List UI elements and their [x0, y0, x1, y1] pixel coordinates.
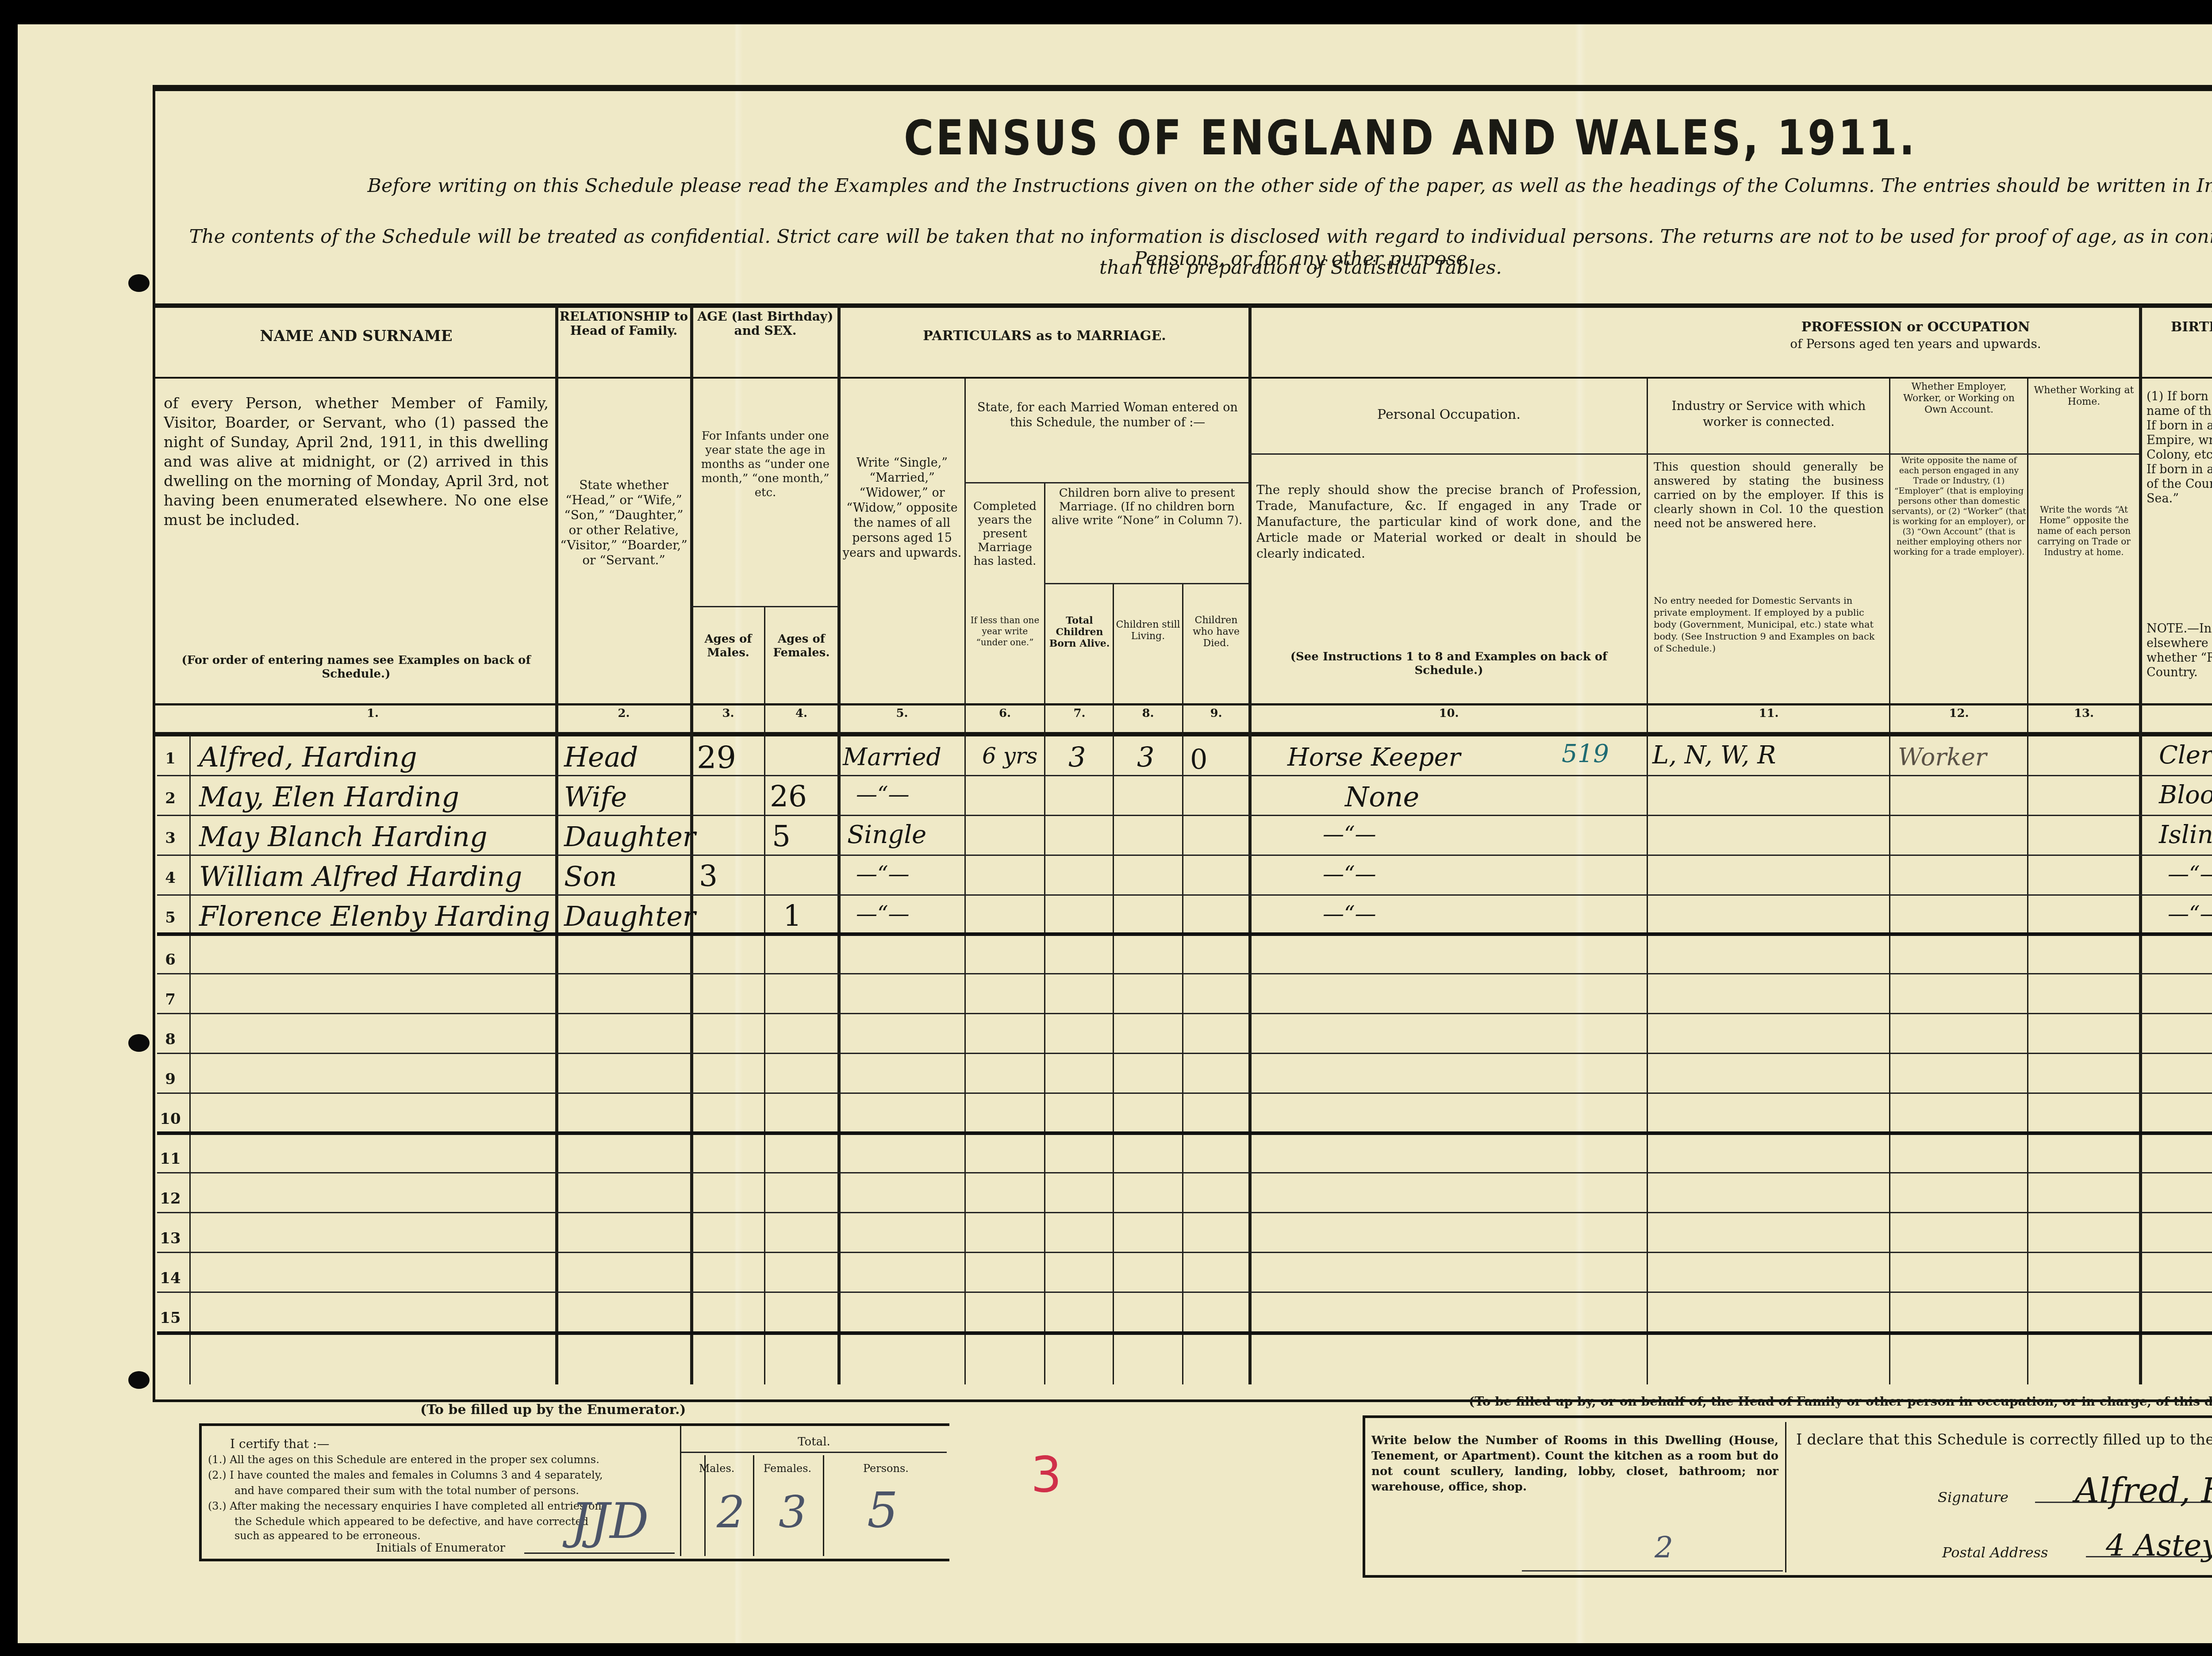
- col7-instructions: Total Children Born Alive.: [1046, 615, 1113, 649]
- entry-marital[interactable]: Single: [847, 820, 926, 849]
- row-rule: [157, 815, 2212, 816]
- colnum: 10.: [1252, 707, 1646, 720]
- males-total[interactable]: 2: [717, 1486, 745, 1538]
- colnum: 3.: [693, 707, 763, 720]
- header-mid-rule: [153, 377, 2212, 379]
- header-top-rule: [153, 303, 2212, 308]
- declaration: I declare that this Schedule is correctl…: [1796, 1431, 2212, 1449]
- col11-note: No entry needed for Domestic Servants in…: [1654, 595, 1884, 655]
- col9-instructions: Children who have Died.: [1184, 615, 1248, 649]
- entry-age-male[interactable]: 29: [697, 740, 736, 776]
- children-sub-rule: [1044, 583, 1248, 584]
- red-annotation: 3: [1031, 1446, 1062, 1503]
- entry-occupation[interactable]: —“—: [1323, 901, 1376, 926]
- females-label: Females.: [754, 1460, 821, 1477]
- col3-sub: Ages of Males.: [693, 632, 763, 660]
- entry-name[interactable]: May, Elen Harding: [199, 781, 459, 813]
- row-number: 14: [153, 1269, 188, 1287]
- colnum: 14.: [2142, 707, 2212, 720]
- enumerator-heading: (To be filled up by the Enumerator.): [420, 1402, 686, 1418]
- row-number: 10: [153, 1110, 188, 1128]
- rooms-line: [1522, 1570, 1783, 1572]
- row-rule: [157, 1212, 2212, 1213]
- row-number: 7: [153, 991, 188, 1008]
- entry-marital[interactable]: —“—: [856, 782, 910, 807]
- signature-value[interactable]: Alfred, Harding: [2075, 1471, 2212, 1510]
- col12-heading: Whether Employer, Worker, or Working on …: [1892, 381, 2026, 416]
- entry-children-born[interactable]: 3: [1068, 741, 1086, 773]
- rownum-divider: [189, 734, 191, 1384]
- entry-birthplace[interactable]: —“—: [2168, 862, 2212, 886]
- row-number: 2: [153, 790, 188, 807]
- col3-heading: AGE (last Birthday) and SEX.: [693, 310, 837, 338]
- col-divider: [1182, 584, 1183, 1384]
- entry-industry[interactable]: L, N, W, R: [1652, 741, 1776, 770]
- col10-heading: Personal Occupation.: [1252, 407, 1646, 423]
- entry-relationship[interactable]: Daughter: [564, 820, 695, 853]
- entry-marital[interactable]: —“—: [856, 862, 910, 886]
- row-rule: [157, 1252, 2212, 1253]
- row-rule-heavy: [157, 932, 2212, 936]
- col12-instructions: Write opposite the name of each person e…: [1892, 456, 2026, 557]
- punch-hole: [128, 1034, 150, 1052]
- row-number: 6: [153, 951, 188, 969]
- col14-note: NOTE.—In the case of persons born elsewh…: [2147, 621, 2212, 680]
- row-rule: [157, 894, 2212, 896]
- age-sub-rule: [690, 606, 837, 607]
- col-divider: [964, 379, 966, 1384]
- col6-instructions: Completed years the present Marriage has…: [967, 500, 1043, 568]
- col-divider: [1889, 379, 1890, 1384]
- row-rule: [157, 1172, 2212, 1173]
- entry-birthplace[interactable]: —“—: [2168, 901, 2212, 926]
- entry-children-living[interactable]: 3: [1137, 741, 1154, 773]
- col4-sub: Ages of Females.: [765, 632, 837, 660]
- colnum: 2.: [558, 707, 689, 720]
- entry-age-male[interactable]: 3: [699, 859, 718, 893]
- persons-label: Persons.: [825, 1460, 947, 1477]
- colnum: 9.: [1184, 707, 1248, 720]
- col-divider: [2139, 305, 2142, 1384]
- row-number: 13: [153, 1230, 188, 1247]
- punch-hole: [128, 1371, 150, 1389]
- col8-instructions: Children still Living.: [1115, 619, 1181, 642]
- col-divider: [1647, 379, 1648, 1384]
- children-subgroup: Children born alive to present Marriage.…: [1046, 487, 1248, 528]
- totals-rule: [681, 1452, 947, 1453]
- col2-instructions: State whether “Head,” or “Wife,” “Son,” …: [558, 478, 689, 568]
- occupation-sub-rule: [1248, 453, 2139, 455]
- entry-name[interactable]: Alfred, Harding: [199, 741, 417, 773]
- row-rule-heavy: [157, 1131, 2212, 1135]
- confidential-line-2: than the preparation of Statistical Tabl…: [153, 257, 2212, 279]
- colnum: 5.: [841, 707, 964, 720]
- females-total[interactable]: 3: [779, 1486, 807, 1538]
- col-divider: [764, 606, 765, 1384]
- initials-value[interactable]: JJD: [571, 1493, 649, 1549]
- certify-2b: and have compared their sum with the tot…: [234, 1482, 579, 1499]
- colnum: 13.: [2030, 707, 2138, 720]
- colnum: 7.: [1046, 707, 1113, 720]
- initials-line: [524, 1552, 675, 1554]
- entry-birthplace[interactable]: Bloomsbury: [2159, 781, 2212, 809]
- head-of-family-heading: (To be filled up by, or on behalf of, th…: [1469, 1394, 2212, 1409]
- rooms-value[interactable]: 2: [1655, 1530, 1673, 1564]
- row-rule: [157, 775, 2212, 776]
- row-number: 15: [153, 1309, 188, 1327]
- row-rule: [157, 973, 2212, 974]
- colnum: 6.: [967, 707, 1043, 720]
- entry-relationship[interactable]: Head: [564, 741, 638, 773]
- form-title: CENSUS OF ENGLAND AND WALES, 1911.: [211, 111, 2212, 166]
- colnum: 12.: [1892, 707, 2026, 720]
- persons-total[interactable]: 5: [867, 1482, 898, 1538]
- row-rule: [157, 855, 2212, 856]
- entry-age-female[interactable]: 5: [772, 819, 791, 853]
- instruction-line: Before writing on this Schedule please r…: [153, 175, 2212, 197]
- address-value[interactable]: 4 Asteys Rd, Essex, Rd,: [2106, 1528, 2212, 1563]
- entry-age-female[interactable]: 1: [783, 899, 802, 933]
- punch-hole: [128, 274, 150, 292]
- row-rule: [157, 1053, 2212, 1054]
- entry-occupation-code: 519: [1562, 740, 1609, 768]
- entry-occupation[interactable]: —“—: [1323, 862, 1376, 886]
- col14-instructions: (1) If born in the United Kingdom, write…: [2147, 389, 2212, 506]
- entry-birthplace[interactable]: Islington: [2159, 820, 2212, 849]
- row-number: 3: [153, 829, 188, 847]
- entry-occupation[interactable]: —“—: [1323, 822, 1376, 847]
- row-number: 12: [153, 1190, 188, 1207]
- col13-heading: Whether Working at Home.: [2030, 385, 2138, 408]
- occupation-group-sub: of Persons aged ten years and upwards.: [1252, 336, 2212, 352]
- rooms-divider: [1785, 1422, 1786, 1572]
- marriage-group-heading: PARTICULARS as to MARRIAGE.: [841, 327, 1248, 345]
- married-woman-note: State, for each Married Woman entered on…: [967, 400, 1248, 430]
- row-number: 11: [153, 1150, 188, 1168]
- col5-instructions: Write “Single,” “Married,” “Widower,” or…: [841, 456, 964, 561]
- entry-relationship[interactable]: Wife: [564, 781, 627, 813]
- totals-divider: [823, 1455, 824, 1556]
- row-number: 5: [153, 909, 188, 927]
- col-divider: [2027, 379, 2028, 1384]
- entry-relationship[interactable]: Daughter: [564, 900, 695, 932]
- col-divider: [1113, 584, 1114, 1384]
- row-rule-heavy: [157, 1331, 2212, 1335]
- certify-intro: I certify that :—: [230, 1435, 329, 1453]
- row-rule: [157, 1092, 2212, 1094]
- entry-age-female[interactable]: 26: [770, 779, 807, 813]
- certify-1: (1.) All the ages on this Schedule are e…: [208, 1451, 599, 1468]
- occupation-group-heading: PROFESSION or OCCUPATION: [1252, 318, 2212, 336]
- col1-note: (For order of entering names see Example…: [164, 654, 549, 681]
- certify-3a: (3.) After making the necessary enquirie…: [208, 1497, 602, 1515]
- col10-instructions: The reply should show the precise branch…: [1256, 482, 1641, 562]
- colnum: 11.: [1649, 707, 1888, 720]
- row-number: 8: [153, 1031, 188, 1048]
- colnum: 4.: [765, 707, 837, 720]
- col6-note: If less than one year write “under one.”: [967, 615, 1043, 648]
- total-label: Total.: [681, 1433, 947, 1451]
- entry-birthplace[interactable]: Clerkenwell: [2159, 741, 2212, 770]
- signature-label: Signature: [1938, 1488, 2008, 1506]
- row-rule: [157, 1292, 2212, 1293]
- entry-marital[interactable]: —“—: [856, 901, 910, 926]
- initials-label: Initials of Enumerator: [376, 1539, 505, 1557]
- address-label: Postal Address: [1942, 1544, 2048, 1561]
- entry-name[interactable]: William Alfred Harding: [199, 860, 522, 893]
- entry-name[interactable]: Florence Elenby Harding: [199, 900, 550, 932]
- row-number: 1: [153, 750, 188, 767]
- col11-heading: Industry or Service with which worker is…: [1649, 398, 1888, 430]
- entry-occupation[interactable]: None: [1345, 781, 1419, 813]
- entry-children-died[interactable]: 0: [1190, 743, 1207, 775]
- colnum: 8.: [1115, 707, 1181, 720]
- col-divider: [837, 305, 841, 1384]
- males-label: Males.: [681, 1460, 752, 1477]
- entry-marital[interactable]: Married: [843, 743, 941, 771]
- col1-instructions: of every Person, whether Member of Famil…: [164, 394, 549, 530]
- col3-instructions: For Infants under one year state the age…: [693, 429, 837, 500]
- col-divider: [555, 305, 558, 1384]
- rooms-instruction: Write below the Number of Rooms in this …: [1371, 1433, 1778, 1495]
- row-number: 4: [153, 869, 188, 887]
- col-divider: [1248, 305, 1252, 1384]
- row-rule: [157, 1013, 2212, 1014]
- col1-heading: NAME AND SURNAME: [159, 327, 553, 345]
- entry-relationship[interactable]: Son: [564, 860, 617, 893]
- certify-2a: (2.) I have counted the males and female…: [208, 1466, 603, 1484]
- col13-instructions: Write the words “At Home” opposite the n…: [2030, 504, 2138, 557]
- col10-note: (See Instructions 1 to 8 and Examples on…: [1256, 650, 1641, 678]
- entry-occupation[interactable]: Horse Keeper: [1287, 743, 1460, 772]
- col2-heading: RELATIONSHIP to Head of Family.: [558, 310, 689, 338]
- entry-employment[interactable]: Worker: [1898, 743, 1987, 771]
- marriage-sub-rule: [964, 482, 1248, 483]
- col14-heading: BIRTHPLACE of every person.: [2142, 318, 2212, 336]
- colnum: 1.: [190, 707, 555, 720]
- col11-instructions: This question should generally be answer…: [1654, 460, 1884, 531]
- row-number: 9: [153, 1070, 188, 1088]
- entry-name[interactable]: May Blanch Harding: [199, 820, 488, 853]
- entry-years-married[interactable]: 6 yrs: [982, 743, 1038, 769]
